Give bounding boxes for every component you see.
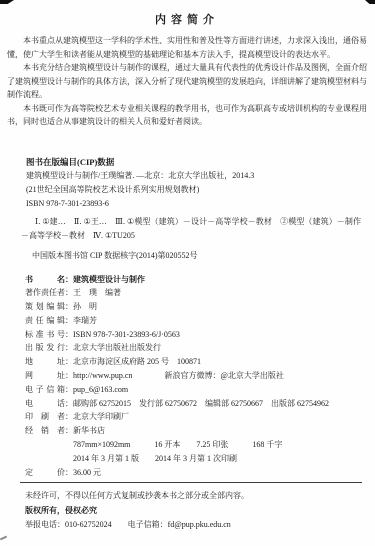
info-row-author: 著作责任者：王 璞 编著 — [25, 286, 367, 300]
info-label: 地址 — [25, 355, 65, 369]
scan-artifact-bottom-left — [0, 536, 7, 541]
intro-paragraph-2: 本书充分结合建筑模型设计与制作的课程，通过大量具有代表性的优秀设计作品及图例，全… — [7, 61, 367, 102]
label-colon: ： — [65, 302, 73, 311]
info-row-responsible-editor: 责任编辑：李瑞芳 — [25, 314, 367, 328]
info-label: 标准书号 — [25, 328, 65, 342]
label-colon: ： — [65, 330, 73, 339]
label-colon: ： — [65, 385, 73, 394]
info-row-website: 网址：http://www.pup.cn 新浪官方微博：@北京大学出版社 — [25, 369, 367, 383]
info-value: 新华书店 — [73, 426, 105, 435]
content-summary-title: 内容简介 — [7, 13, 367, 27]
intro-paragraph-1: 本书重点从建筑模型这一学科的学术性、实用性和普及性等方面进行讲述，力求深入浅出，… — [7, 34, 367, 61]
info-label: 经销者 — [25, 424, 65, 438]
label-colon: ： — [65, 399, 73, 408]
info-row-edition: 2014 年 3 月第 1 版 2014 年 3 月第 1 次印刷 — [25, 452, 367, 466]
info-row-email: 电子信箱：pup_6@163.com — [25, 383, 367, 397]
info-label: 书名 — [25, 273, 65, 287]
publication-info-section: 书名：建筑模型设计与制作 著作责任者：王 璞 编著 策划编辑：孙 明 责任编辑：… — [25, 273, 367, 480]
info-value: 李瑞芳 — [73, 316, 97, 325]
info-value: 北京大学出版社出版发行 — [73, 343, 161, 352]
cip-title-line: 建筑模型设计与制作/王璞编著. —北京：北京大学出版社，2014.3 — [26, 169, 367, 183]
label-colon: ： — [65, 288, 73, 297]
info-label: 策划编辑 — [25, 300, 65, 314]
info-row-isbn: 标准书号：ISBN 978-7-301-23893-6/J·0563 — [25, 328, 367, 342]
info-row-address: 地址：北京市海淀区成府路 205 号 100871 — [25, 355, 367, 369]
info-value: pup_6@163.com — [73, 385, 128, 394]
footer-divider — [20, 482, 362, 483]
book-copyright-page: 内容简介 本书重点从建筑模型这一学科的学术性、实用性和普及性等方面进行讲述，力求… — [0, 0, 375, 546]
info-row-planning-editor: 策划编辑：孙 明 — [25, 300, 367, 314]
info-row-printer: 印刷者：北京大学印刷厂 — [25, 410, 367, 424]
edition-printing: 2014 年 3 月第 1 版 2014 年 3 月第 1 次印刷 — [73, 454, 237, 463]
info-row-format: 787mm×1092mm 16 开本 7.25 印张 168 千字 — [25, 438, 367, 452]
info-label: 著作责任者 — [25, 286, 65, 300]
info-value: ISBN 978-7-301-23893-6/J·0563 — [73, 330, 180, 339]
cip-data-section: 图书在版编目(CIP)数据 建筑模型设计与制作/王璞编著. —北京：北京大学出版… — [26, 155, 367, 263]
info-value: 邮购部 62752015 发行部 62750672 编辑部 62750667 出… — [73, 399, 329, 408]
info-value: 北京市海淀区成府路 205 号 100871 — [73, 357, 201, 366]
copyright-statement: 版权所有，侵权必究 — [25, 504, 365, 518]
cip-isbn-line: ISBN 978-7-301-23893-6 — [26, 197, 367, 211]
cip-series-line: (21世纪全国高等院校艺术设计系列实用规划教材) — [26, 183, 367, 197]
report-contact-line: 举报电话：010-62752024 电子信箱：fd@pup.pku.edu.cn — [25, 518, 365, 532]
info-label: 责任编辑 — [25, 314, 65, 328]
label-colon: ： — [65, 316, 73, 325]
info-label: 定价 — [25, 466, 65, 480]
label-colon: ： — [65, 468, 73, 477]
info-label: 印刷者 — [25, 410, 65, 424]
info-row-phone: 电话：邮购部 62752015 发行部 62750672 编辑部 6275066… — [25, 397, 367, 411]
info-value: 建筑模型设计与制作 — [73, 275, 145, 284]
copyright-footer-section: 未经许可，不得以任何方式复制或抄袭本书之部分或全部内容。 版权所有，侵权必究 举… — [25, 489, 365, 532]
info-value: 王 璞 编著 — [73, 288, 121, 297]
content-summary-section: 内容简介 本书重点从建筑模型这一学科的学术性、实用性和普及性等方面进行讲述，力求… — [0, 0, 375, 129]
label-colon: ： — [65, 426, 73, 435]
info-label: 出版发行 — [25, 341, 65, 355]
cip-record-number: 中国版本图书馆 CIP 数据核字(2014)第020552号 — [32, 249, 367, 263]
label-colon: ： — [65, 343, 73, 352]
info-value: http://www.pup.cn 新浪官方微博：@北京大学出版社 — [73, 371, 284, 380]
label-colon: ： — [65, 357, 73, 366]
info-row-book-title: 书名：建筑模型设计与制作 — [25, 273, 367, 287]
label-colon: ： — [65, 412, 73, 421]
info-label: 网址 — [25, 369, 65, 383]
copy-notice: 未经许可，不得以任何方式复制或抄袭本书之部分或全部内容。 — [25, 489, 365, 503]
cip-classification: Ⅰ. ①建… Ⅱ. ①王… Ⅲ. ①模型（建筑）－设计－高等学校－教材 ②模型（… — [21, 215, 361, 243]
info-label: 电子信箱 — [25, 383, 65, 397]
info-value: 36.00 元 — [73, 468, 101, 477]
label-colon: ： — [65, 275, 73, 284]
info-value: 北京大学印刷厂 — [73, 412, 129, 421]
info-value: 孙 明 — [73, 302, 97, 311]
info-row-distributor: 经销者：新华书店 — [25, 424, 367, 438]
info-label: 电话 — [25, 397, 65, 411]
intro-paragraph-3: 本书既可作为高等院校艺术专业相关课程的教学用书，也可作为高职高专或培训机构的专业… — [7, 102, 367, 129]
info-row-publisher: 出版发行：北京大学出版社出版发行 — [25, 341, 367, 355]
cip-header: 图书在版编目(CIP)数据 — [26, 155, 367, 169]
format-specs: 787mm×1092mm 16 开本 7.25 印张 168 千字 — [73, 440, 282, 449]
info-row-price: 定价：36.00 元 — [25, 466, 367, 480]
label-colon: ： — [65, 371, 73, 380]
